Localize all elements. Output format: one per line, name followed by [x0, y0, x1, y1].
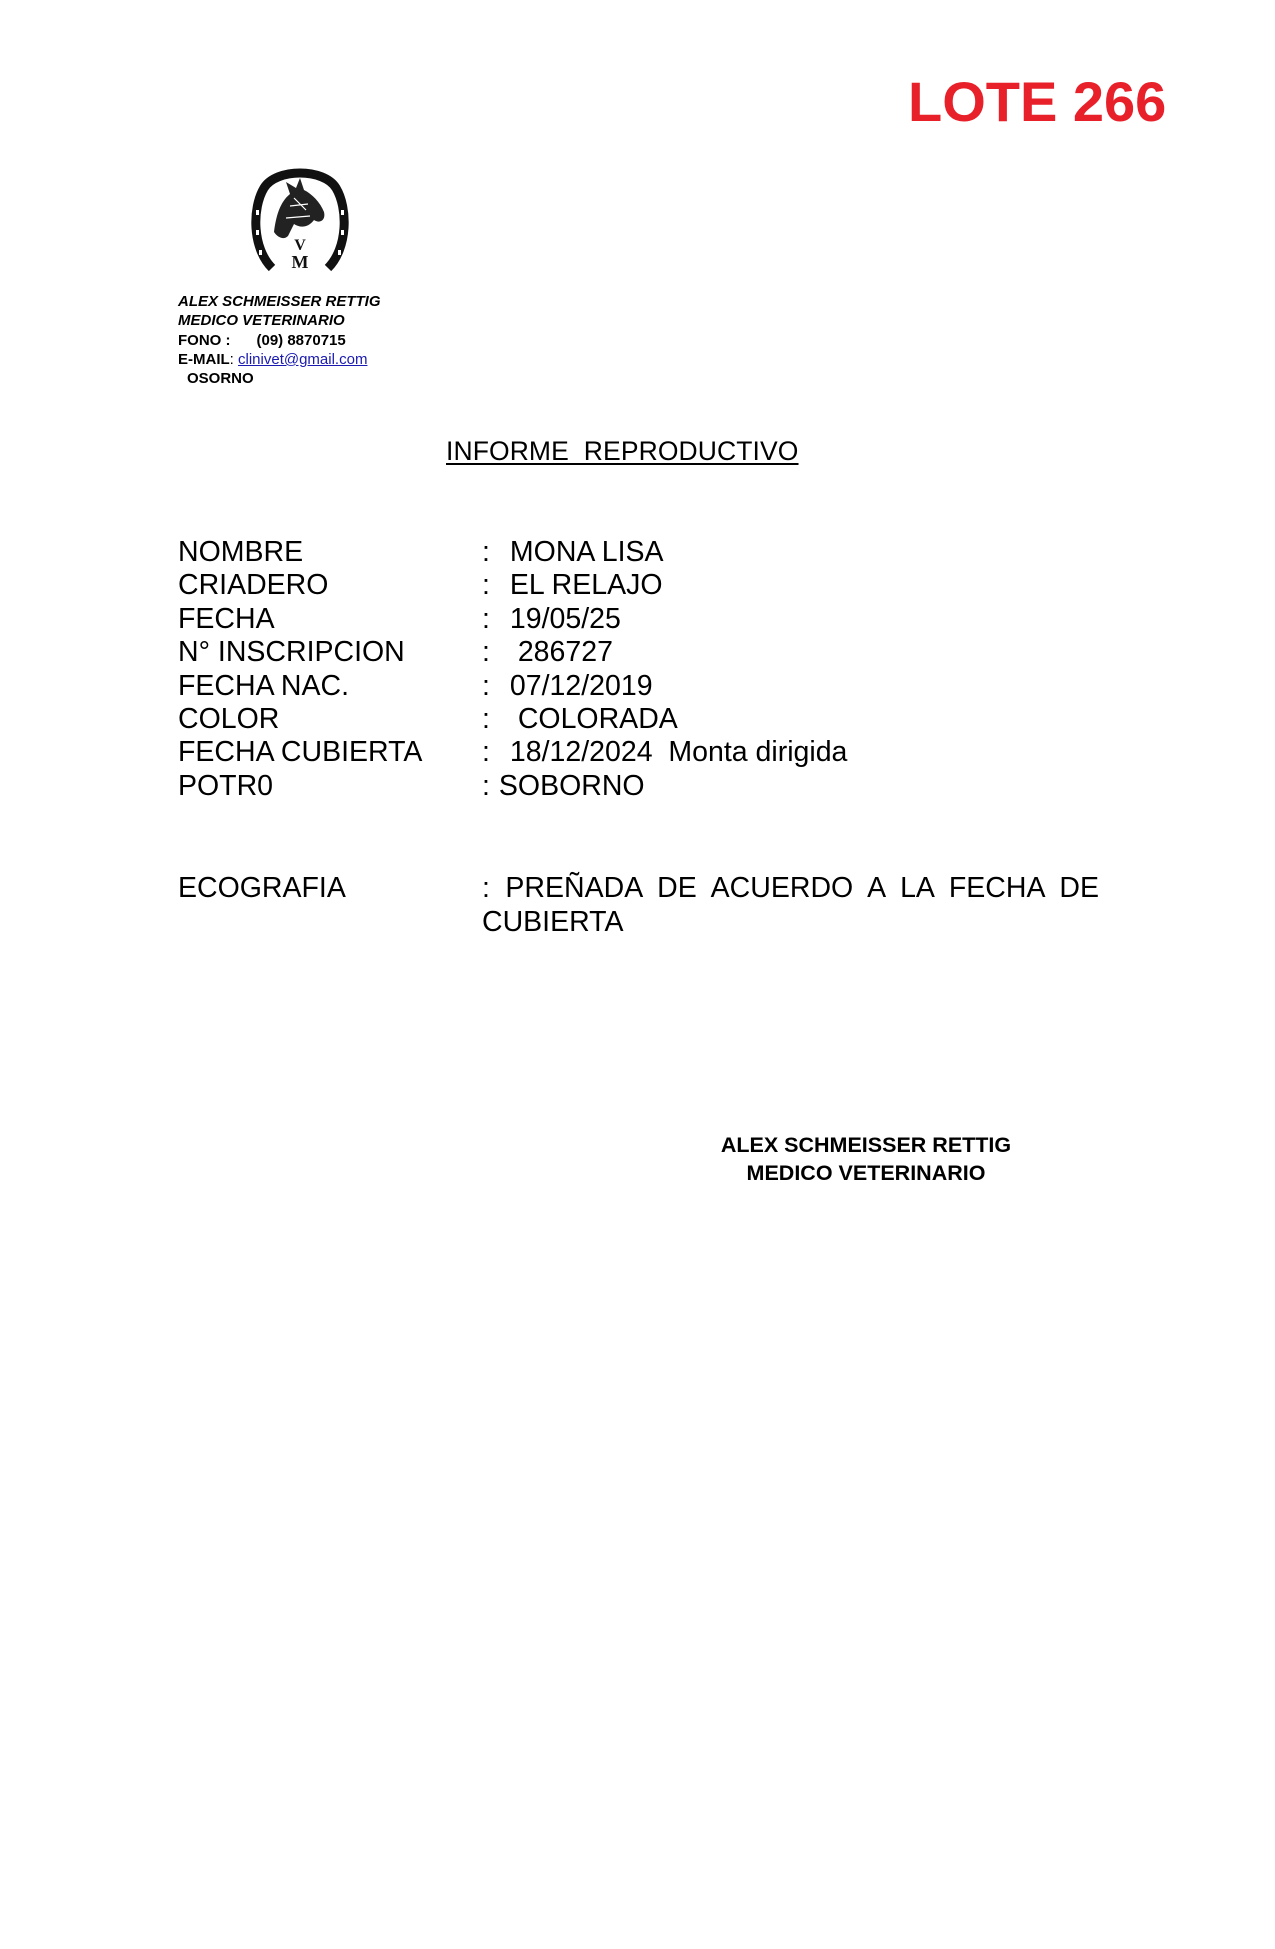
field-row-fecha-cubierta: FECHA CUBIERTA : 18/12/2024 Monta dirigi…: [178, 736, 847, 769]
field-colon: :: [482, 569, 502, 602]
veterinarian-header: ALEX SCHMEISSER RETTIG MEDICO VETERINARI…: [178, 292, 381, 388]
field-label: CRIADERO: [178, 569, 482, 602]
phone-number: (09) 8870715: [257, 332, 346, 349]
lot-number-label: LOTE 266: [908, 74, 1166, 130]
signature-block: ALEX SCHMEISSER RETTIG MEDICO VETERINARI…: [690, 1131, 1042, 1187]
horseshoe-horse-logo-icon: V M: [250, 158, 350, 280]
field-value: EL RELAJO: [502, 569, 663, 602]
field-label: NOMBRE: [178, 536, 482, 569]
field-label: POTR0: [178, 770, 482, 803]
field-row-potro: POTR0 : SOBORNO: [178, 770, 847, 803]
field-colon: :: [482, 603, 502, 636]
ecografia-label: ECOGRAFIA: [178, 871, 482, 939]
email-link[interactable]: clinivet@gmail.com: [238, 351, 367, 368]
field-row-inscripcion: N° INSCRIPCION : 286727: [178, 636, 847, 669]
email-label: E-MAIL: [178, 351, 230, 368]
field-row-fecha-nac: FECHA NAC. : 07/12/2019: [178, 670, 847, 703]
field-value: 19/05/25: [502, 603, 621, 636]
ecografia-result: : PREÑADA DE ACUERDO A LA FECHA DE CUBIE…: [482, 871, 1099, 939]
field-value: COLORADA: [502, 703, 678, 736]
email-separator: :: [230, 351, 234, 368]
field-colon: :: [482, 736, 502, 769]
field-colon: :: [482, 770, 491, 803]
field-row-color: COLOR : COLORADA: [178, 703, 847, 736]
field-value: SOBORNO: [491, 770, 645, 803]
field-value: MONA LISA: [502, 536, 664, 569]
signature-name: ALEX SCHMEISSER RETTIG: [690, 1131, 1042, 1159]
field-label: N° INSCRIPCION: [178, 636, 482, 669]
document-title: INFORME REPRODUCTIVO: [446, 436, 799, 467]
field-colon: :: [482, 670, 502, 703]
city: OSORNO: [178, 369, 381, 388]
vet-name: ALEX SCHMEISSER RETTIG: [178, 292, 381, 311]
field-row-criadero: CRIADERO : EL RELAJO: [178, 569, 847, 602]
svg-text:M: M: [292, 252, 309, 272]
ecografia-section: ECOGRAFIA : PREÑADA DE ACUERDO A LA FECH…: [178, 871, 1099, 939]
phone-label: FONO :: [178, 332, 231, 349]
field-value: 286727: [502, 636, 613, 669]
email-line: E-MAIL: clinivet@gmail.com: [178, 350, 381, 369]
field-label: COLOR: [178, 703, 482, 736]
field-row-fecha: FECHA : 19/05/25: [178, 603, 847, 636]
field-row-nombre: NOMBRE : MONA LISA: [178, 536, 847, 569]
ecografia-result-line1: : PREÑADA DE ACUERDO A LA FECHA DE: [482, 871, 1099, 905]
vet-title: MEDICO VETERINARIO: [178, 311, 381, 330]
field-value: 07/12/2019: [502, 670, 653, 703]
field-label: FECHA NAC.: [178, 670, 482, 703]
field-colon: :: [482, 536, 502, 569]
phone-line: FONO :(09) 8870715: [178, 331, 381, 350]
field-colon: :: [482, 636, 502, 669]
field-value: 18/12/2024 Monta dirigida: [502, 736, 847, 769]
field-label: FECHA: [178, 603, 482, 636]
field-colon: :: [482, 703, 502, 736]
field-label: FECHA CUBIERTA: [178, 736, 482, 769]
signature-title: MEDICO VETERINARIO: [690, 1159, 1042, 1187]
report-fields: NOMBRE : MONA LISA CRIADERO : EL RELAJO …: [178, 536, 847, 803]
ecografia-result-line2: CUBIERTA: [482, 906, 623, 938]
